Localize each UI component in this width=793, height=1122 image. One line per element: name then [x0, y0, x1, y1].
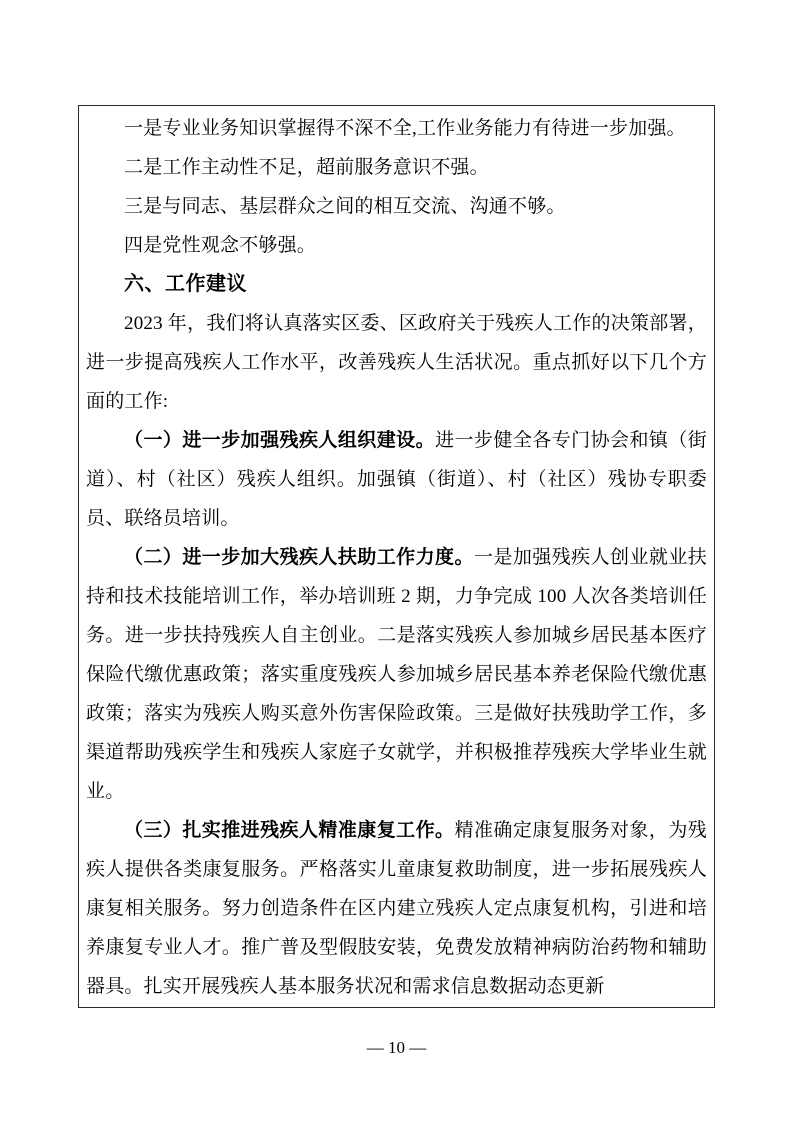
section-heading: 六、工作建议: [86, 265, 707, 304]
work-item-1-lead: （一）进一步加强残疾人组织建设。: [124, 430, 435, 451]
page-number: — 10 —: [0, 1036, 793, 1060]
shortcoming-item-4: 四是党性观念不够强。: [86, 226, 707, 265]
shortcoming-item-3: 三是与同志、基层群众之间的相互交流、沟通不够。: [86, 187, 707, 226]
work-item-2-lead: （二）进一步加大残疾人扶助工作力度。: [124, 547, 474, 568]
content-border-box: 一是专业业务知识掌握得不深不全,工作业务能力有待进一步加强。 二是工作主动性不足…: [78, 105, 715, 1008]
intro-paragraph: 2023 年，我们将认真落实区委、区政府关于残疾人工作的决策部署，进一步提高残疾…: [86, 304, 707, 421]
shortcoming-item-2: 二是工作主动性不足，超前服务意识不强。: [86, 148, 707, 187]
work-item-2-body: 一是加强残疾人创业就业扶持和技术技能培训工作，举办培训班 2 期，力争完成 10…: [86, 547, 707, 802]
work-item-3-lead: （三）扎实推进残疾人精准康复工作。: [124, 820, 455, 841]
work-item-1: （一）进一步加强残疾人组织建设。进一步健全各专门协会和镇（街道）、村（社区）残疾…: [86, 421, 707, 538]
work-item-3-body: 精准确定康复服务对象，为残疾人提供各类康复服务。严格落实儿童康复救助制度，进一步…: [86, 820, 707, 997]
work-item-3: （三）扎实推进残疾人精准康复工作。精准确定康复服务对象，为残疾人提供各类康复服务…: [86, 811, 707, 1006]
document-page: 一是专业业务知识掌握得不深不全,工作业务能力有待进一步加强。 二是工作主动性不足…: [0, 0, 793, 1122]
shortcoming-item-1: 一是专业业务知识掌握得不深不全,工作业务能力有待进一步加强。: [86, 109, 707, 148]
work-item-2: （二）进一步加大残疾人扶助工作力度。一是加强残疾人创业就业扶持和技术技能培训工作…: [86, 538, 707, 811]
